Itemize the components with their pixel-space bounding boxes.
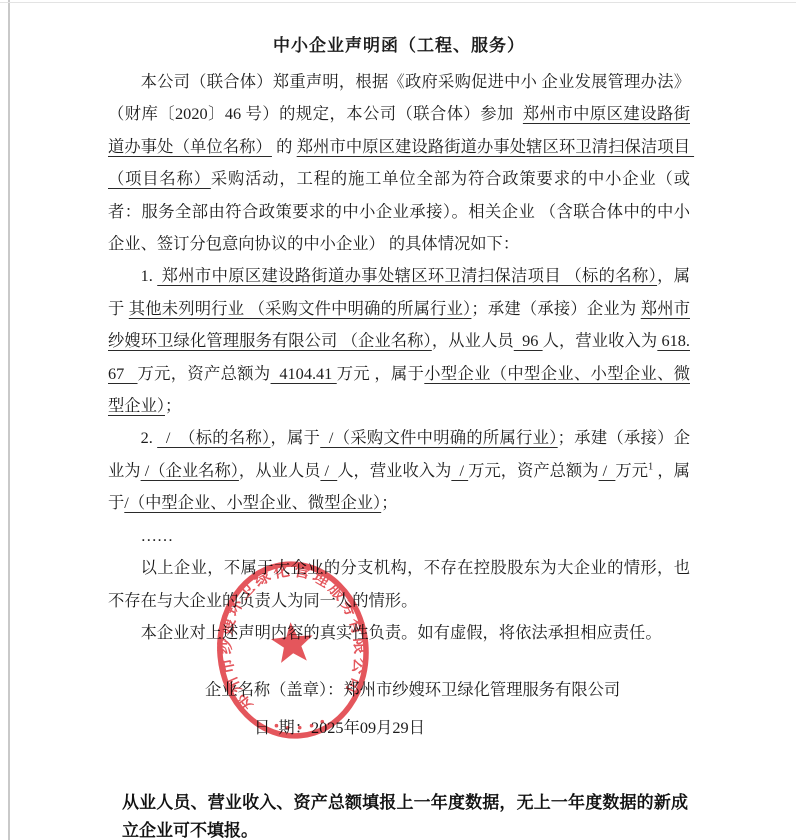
filled-blank: 其他未列明行业 （采购文件中明确的所属行业）	[129, 299, 472, 318]
filled-blank: /（企业名称）	[141, 461, 239, 480]
text-run: ；	[165, 396, 181, 415]
paragraph-6: 本企业对上述声明内容的真实性负责。如有虚假，将依法承担相应责任。	[108, 617, 690, 649]
document-content: 中小企业声明函（工程、服务） 本公司（联合体）郑重声明，根据《政府采购促进中小 …	[108, 0, 690, 840]
text-run: 2.	[141, 428, 158, 447]
text-run: 万元	[615, 461, 648, 480]
signature-date-value: 2025年09月29日	[311, 718, 425, 737]
filled-blank: /	[451, 461, 468, 480]
signature-date-label: 日 期：	[254, 718, 311, 737]
text-run: 万元，资产总额为	[138, 364, 271, 383]
paragraph-5: 以上企业，不属于大企业的分支机构，不存在控股股东为大企业的情形，也不存在与大企业…	[108, 552, 690, 617]
filled-blank: 96	[514, 331, 543, 350]
filled-blank: 4104.41	[271, 364, 337, 383]
text-run: 人，营业收入为	[543, 331, 658, 350]
text-run: ，从业人员	[432, 331, 514, 350]
paragraph-3: 2. / （标的名称），属于 /（采购文件中明确的所属行业）；承建（承接）企业为…	[108, 422, 690, 519]
footnote-text: 从业人员、营业收入、资产总额填报上一年度数据，无上一年度数据的新成立企业可不填报…	[122, 789, 688, 840]
text-run: ……	[141, 526, 174, 545]
filled-blank: 郑州市中原区建设路街道办事处辖区环卫清扫保洁项目 （标的名称）	[157, 266, 657, 285]
page-left-edge-line	[8, 0, 10, 840]
signature-company-name: 郑州市纱嫂环卫绿化管理服务有限公司	[343, 680, 620, 699]
signature-company-line: 企业名称（盖章）：郑州市纱嫂环卫绿化管理服务有限公司	[108, 671, 690, 709]
signature-company-label: 企业名称（盖章）：	[205, 680, 343, 699]
text-run: 的	[272, 137, 297, 156]
paragraph-2: 1. 郑州市中原区建设路街道办事处辖区环卫清扫保洁项目 （标的名称），属于 其他…	[108, 260, 690, 422]
text-run: ，从业人员	[239, 461, 321, 480]
signature-block: 企业名称（盖章）：郑州市纱嫂环卫绿化管理服务有限公司 日 期：2025年09月2…	[108, 671, 690, 747]
paragraph-4: ……	[108, 520, 690, 552]
text-run: 万元 ，属于	[337, 364, 425, 383]
text-run: ；承建（承接）企业为	[471, 299, 640, 318]
filled-blank: /	[320, 461, 337, 480]
text-run: 1.	[141, 266, 158, 285]
filled-blank: /（采购文件中明确的所属行业）	[320, 428, 557, 447]
document-title: 中小企业声明函（工程、服务）	[108, 0, 690, 58]
signature-date-line: 日 期：2025年09月29日	[108, 709, 690, 747]
text-run: 为	[582, 461, 598, 480]
filled-blank: / （标的名称）	[157, 428, 270, 447]
text-run: ；	[381, 493, 397, 512]
text-run: 人，营业收入为	[337, 461, 451, 480]
text-run: 万元，资产总额	[468, 461, 582, 480]
filled-blank: /（中型企业、小型企业、微型企业）	[124, 493, 381, 512]
paragraph-1: 本公司（联合体）郑重声明，根据《政府采购促进中小 企业发展管理办法》（财库〔20…	[108, 66, 690, 260]
text-run: ，属于	[270, 428, 320, 447]
document-page: 中小企业声明函（工程、服务） 本公司（联合体）郑重声明，根据《政府采购促进中小 …	[0, 0, 796, 840]
text-run: 以上企业，不属于大企业的分支机构，不存在控股股东为大企业的情形，也不存在与大企业…	[108, 558, 690, 609]
text-run: 本企业对上述声明内容的真实性负责。如有虚假，将依法承担相应责任。	[141, 623, 662, 642]
document-paragraphs: 本公司（联合体）郑重声明，根据《政府采购促进中小 企业发展管理办法》（财库〔20…	[108, 66, 690, 649]
filled-blank: /	[599, 461, 616, 480]
